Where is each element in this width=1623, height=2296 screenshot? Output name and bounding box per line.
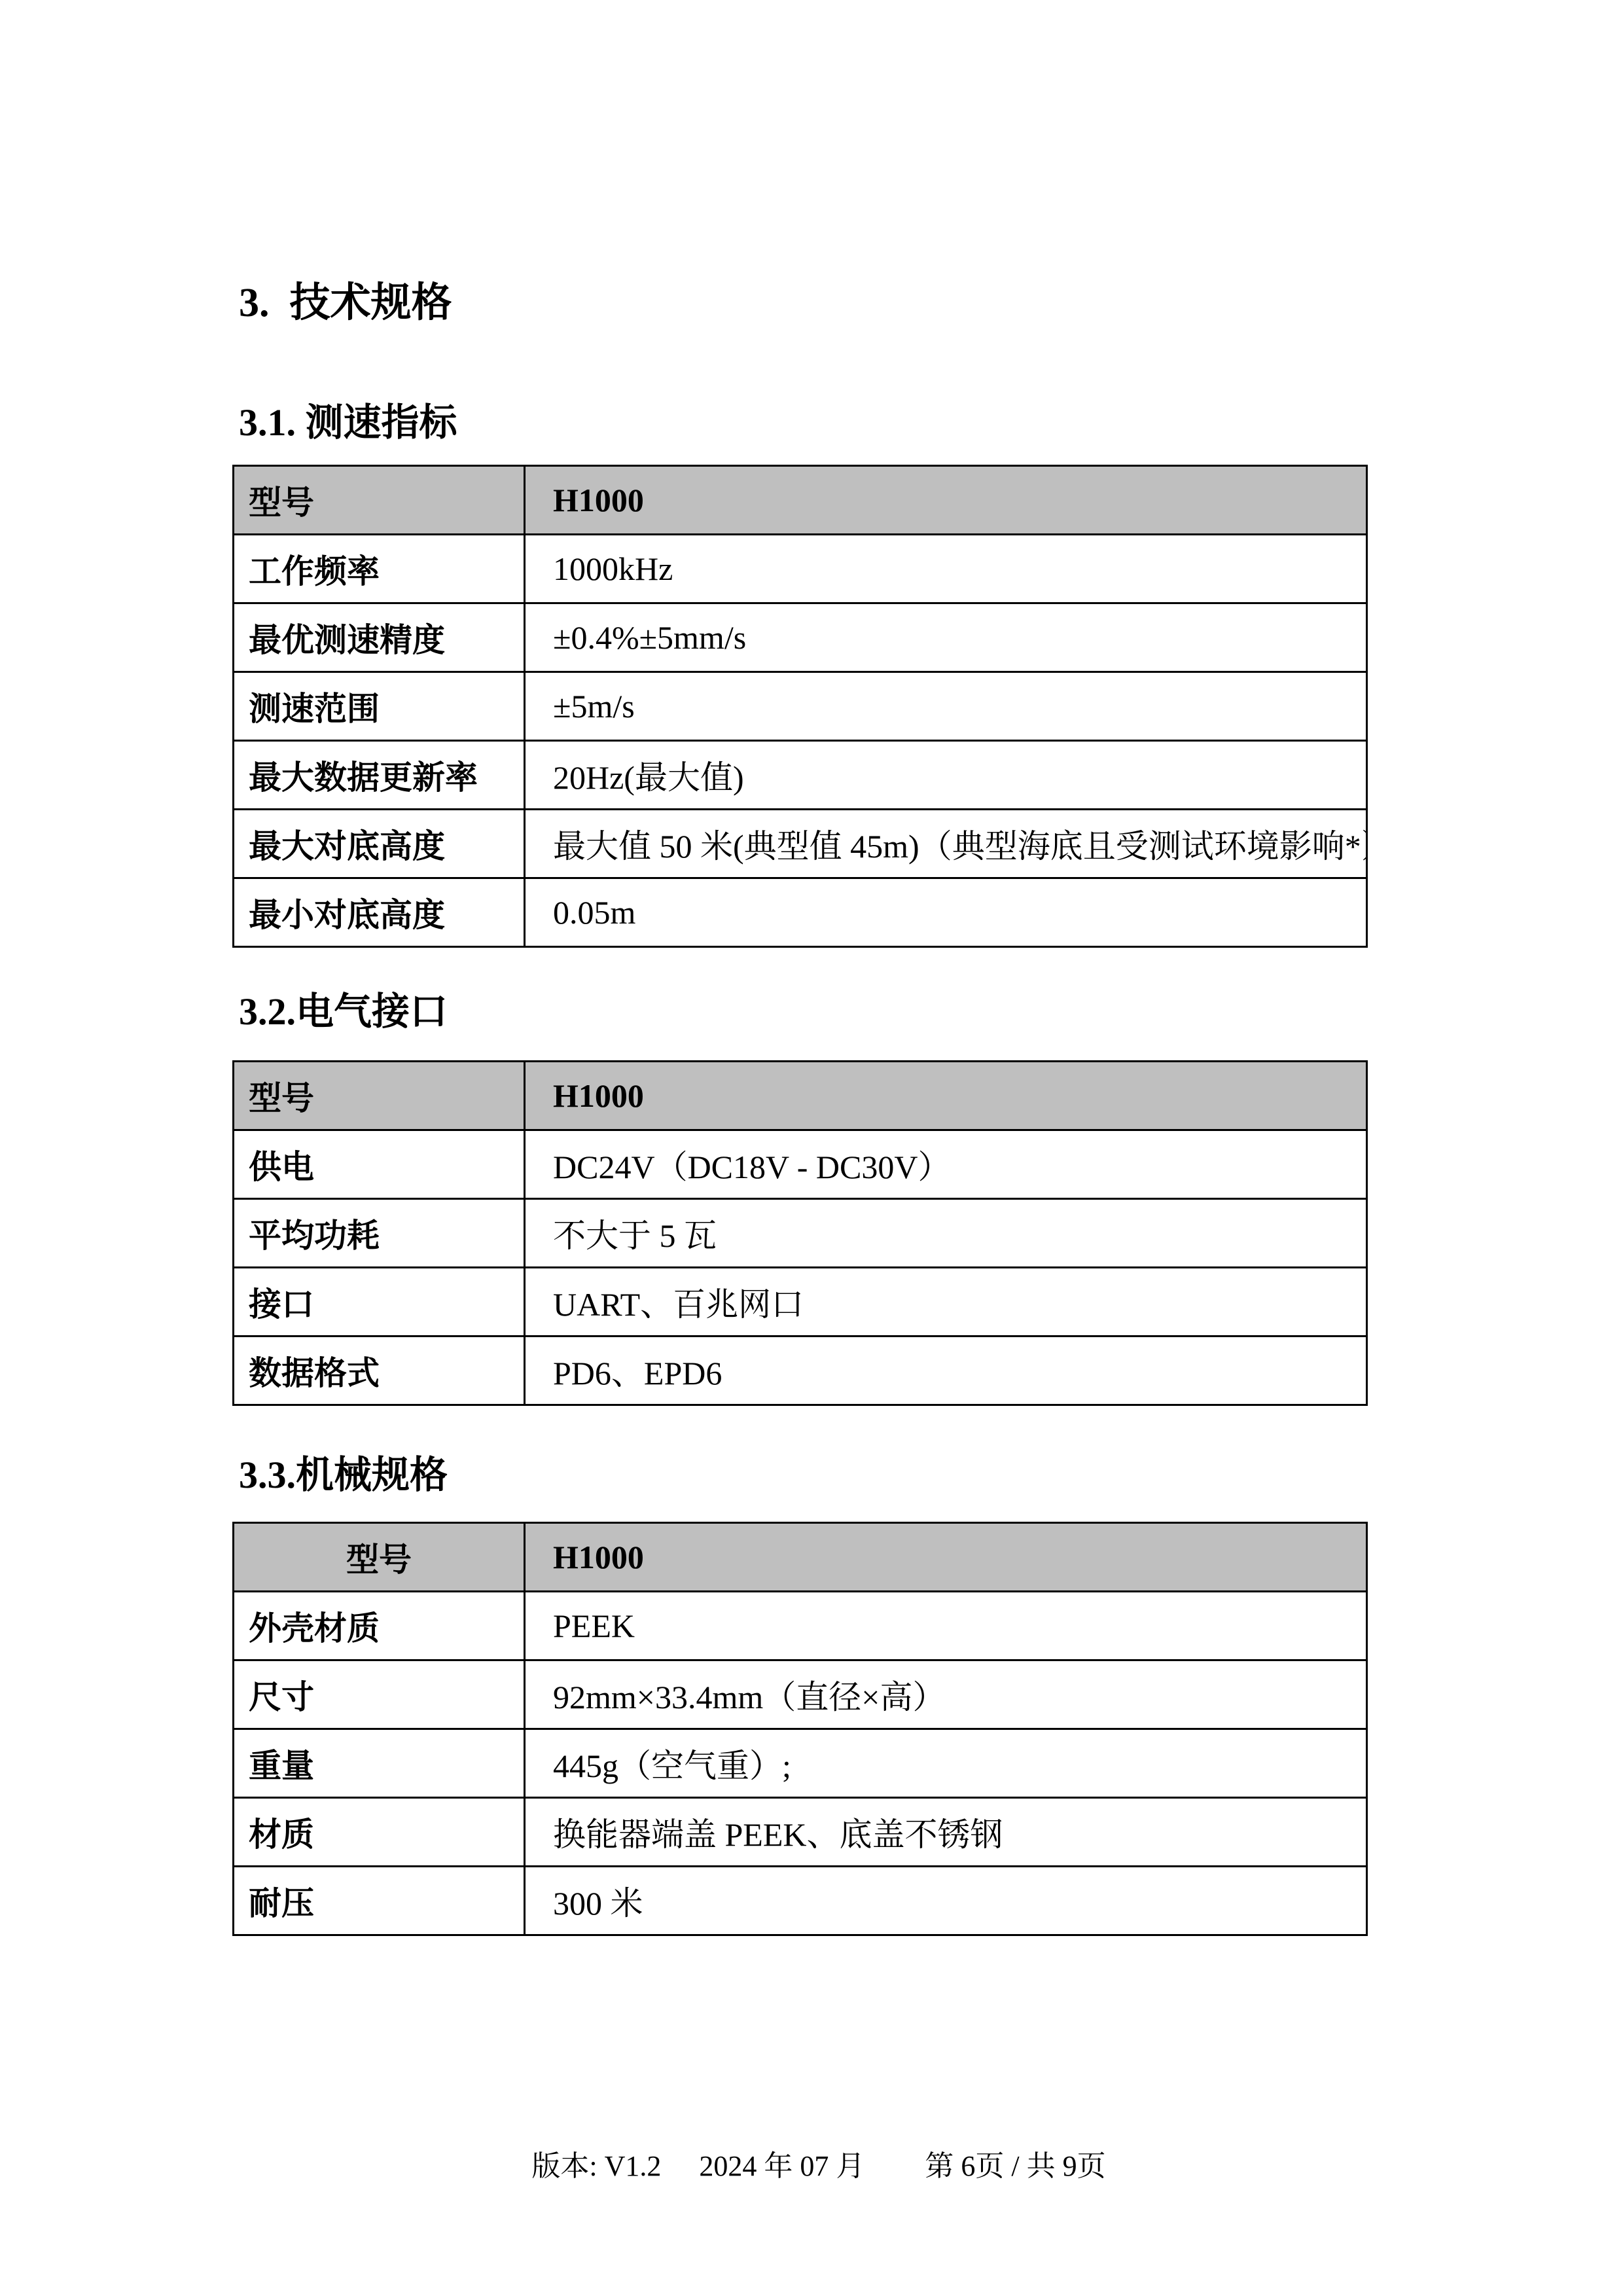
spec-row-label: 数据格式 [234, 1336, 525, 1405]
spec-row: 材质换能器端盖 PEEK、底盖不锈钢 [234, 1798, 1367, 1867]
table-header-label: 型号 [234, 1523, 525, 1592]
table-header-value: H1000 [525, 1062, 1367, 1130]
spec-row-label: 材质 [234, 1798, 525, 1867]
spec-row-label: 尺寸 [234, 1660, 525, 1729]
section-heading-speed-metrics: 3.1. 测速指标 [239, 391, 457, 446]
page-footer: 版本: V1.22024 年 07 月第 6页 / 共 9页 [0, 2109, 1623, 2184]
table-header-label: 型号 [234, 466, 525, 535]
mechanical-specs-table: 型号 H1000 外壳材质PEEK尺寸92mm×33.4mm（直径×高）重量44… [232, 1522, 1368, 1936]
spec-row-value: PEEK [525, 1592, 1367, 1660]
electrical-interface-table: 型号 H1000 供电DC24V（DC18V - DC30V）平均功耗不大于 5… [232, 1060, 1368, 1406]
table-header-value: H1000 [525, 466, 1367, 535]
spec-row-value: 300 米 [525, 1867, 1367, 1935]
spec-row-label: 接口 [234, 1268, 525, 1336]
section-heading-electrical-interface: 3.2.电气接口 [239, 980, 448, 1035]
footer-version: 版本: V1.2 [531, 2150, 661, 2182]
page-title: 3. 技术规格 [239, 270, 452, 328]
spec-row: 尺寸92mm×33.4mm（直径×高） [234, 1660, 1367, 1729]
spec-row: 最大对底高度最大值 50 米(典型值 45m)（典型海底且受测试环境影响*） [234, 810, 1367, 878]
spec-row-value: 最大值 50 米(典型值 45m)（典型海底且受测试环境影响*） [525, 810, 1367, 878]
table-header-row: 型号 H1000 [234, 1062, 1367, 1130]
spec-row: 接口UART、百兆网口 [234, 1268, 1367, 1336]
spec-row-label: 供电 [234, 1130, 525, 1199]
spec-row-label: 最优测速精度 [234, 603, 525, 672]
spec-row-value: DC24V（DC18V - DC30V） [525, 1130, 1367, 1199]
spec-row: 测速范围±5m/s [234, 672, 1367, 741]
table-header-label: 型号 [234, 1062, 525, 1130]
spec-row-value: UART、百兆网口 [525, 1268, 1367, 1336]
spec-row-value: 不大于 5 瓦 [525, 1199, 1367, 1268]
section-heading-mechanical-specs: 3.3.机械规格 [239, 1444, 448, 1499]
spec-row: 数据格式PD6、EPD6 [234, 1336, 1367, 1405]
spec-row-label: 重量 [234, 1729, 525, 1798]
spec-row: 供电DC24V（DC18V - DC30V） [234, 1130, 1367, 1199]
spec-row-value: 20Hz(最大值) [525, 741, 1367, 810]
spec-row: 重量445g（空气重）; [234, 1729, 1367, 1798]
table-header-row: 型号 H1000 [234, 466, 1367, 535]
spec-row-value: ±5m/s [525, 672, 1367, 741]
spec-row-label: 外壳材质 [234, 1592, 525, 1660]
spec-row-label: 最大对底高度 [234, 810, 525, 878]
spec-row-value: 换能器端盖 PEEK、底盖不锈钢 [525, 1798, 1367, 1867]
spec-row: 最大数据更新率20Hz(最大值) [234, 741, 1367, 810]
spec-row: 最小对底高度0.05m [234, 878, 1367, 947]
spec-row-value: 92mm×33.4mm（直径×高） [525, 1660, 1367, 1729]
spec-row-value: 1000kHz [525, 535, 1367, 603]
spec-row-label: 测速范围 [234, 672, 525, 741]
spec-row-label: 最小对底高度 [234, 878, 525, 947]
spec-row-label: 工作频率 [234, 535, 525, 603]
spec-row-label: 平均功耗 [234, 1199, 525, 1268]
spec-row-value: 0.05m [525, 878, 1367, 947]
spec-row-label: 耐压 [234, 1867, 525, 1935]
spec-row: 工作频率1000kHz [234, 535, 1367, 603]
speed-metrics-table: 型号 H1000 工作频率1000kHz最优测速精度±0.4%±5mm/s测速范… [232, 465, 1368, 948]
spec-row: 外壳材质PEEK [234, 1592, 1367, 1660]
spec-row-label: 最大数据更新率 [234, 741, 525, 810]
spec-row: 平均功耗不大于 5 瓦 [234, 1199, 1367, 1268]
spec-row: 最优测速精度±0.4%±5mm/s [234, 603, 1367, 672]
footer-page-info: 第 6页 / 共 9页 [925, 2150, 1105, 2182]
spec-row-value: ±0.4%±5mm/s [525, 603, 1367, 672]
table-header-value: H1000 [525, 1523, 1367, 1592]
spec-row-value: PD6、EPD6 [525, 1336, 1367, 1405]
spec-row: 耐压300 米 [234, 1867, 1367, 1935]
table-header-row: 型号 H1000 [234, 1523, 1367, 1592]
footer-date: 2024 年 07 月 [699, 2150, 865, 2182]
spec-row-value: 445g（空气重）; [525, 1729, 1367, 1798]
